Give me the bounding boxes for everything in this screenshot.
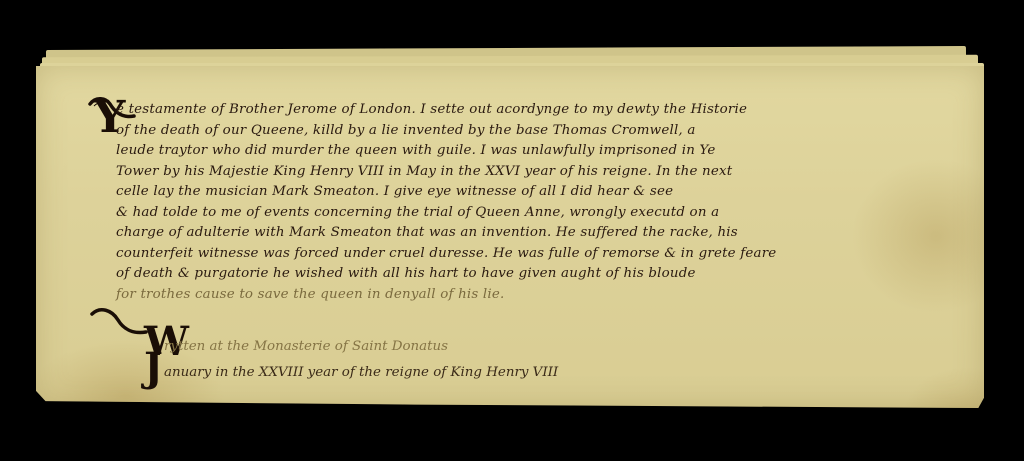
written-at-line: rytten at the Monasterie of Saint Donatu… (164, 334, 558, 360)
body-line-7: charge of adulterie with Mark Smeaton th… (116, 223, 966, 244)
colophon: rytten at the Monasterie of Saint Donatu… (164, 334, 558, 386)
parchment-sheet: Y e testamente of Brother Jerome of Lond… (36, 66, 984, 408)
manuscript-body: e testamente of Brother Jerome of London… (116, 100, 966, 305)
body-line-3: leude traytor who did murder the queen w… (116, 141, 966, 162)
body-line-2: of the death of our Queene, killd by a l… (116, 121, 966, 142)
body-line-8: counterfeit witnesse was forced under cr… (116, 244, 966, 265)
body-line-1: e testamente of Brother Jerome of London… (116, 100, 966, 121)
document-photo: Y e testamente of Brother Jerome of Lond… (0, 0, 1024, 461)
body-line-6: & had tolde to me of events concerning t… (116, 203, 966, 224)
body-line-9: of death & purgatorie he wished with all… (116, 264, 966, 285)
body-line-5: celle lay the musician Mark Smeaton. I g… (116, 182, 966, 203)
initial-letter-j: J (144, 348, 163, 388)
body-line-4: Tower by his Majestie King Henry VIII in… (116, 162, 966, 183)
body-line-10: for trothes cause to save the queen in d… (116, 285, 966, 306)
date-line: anuary in the XXVIII year of the reigne … (164, 360, 558, 386)
